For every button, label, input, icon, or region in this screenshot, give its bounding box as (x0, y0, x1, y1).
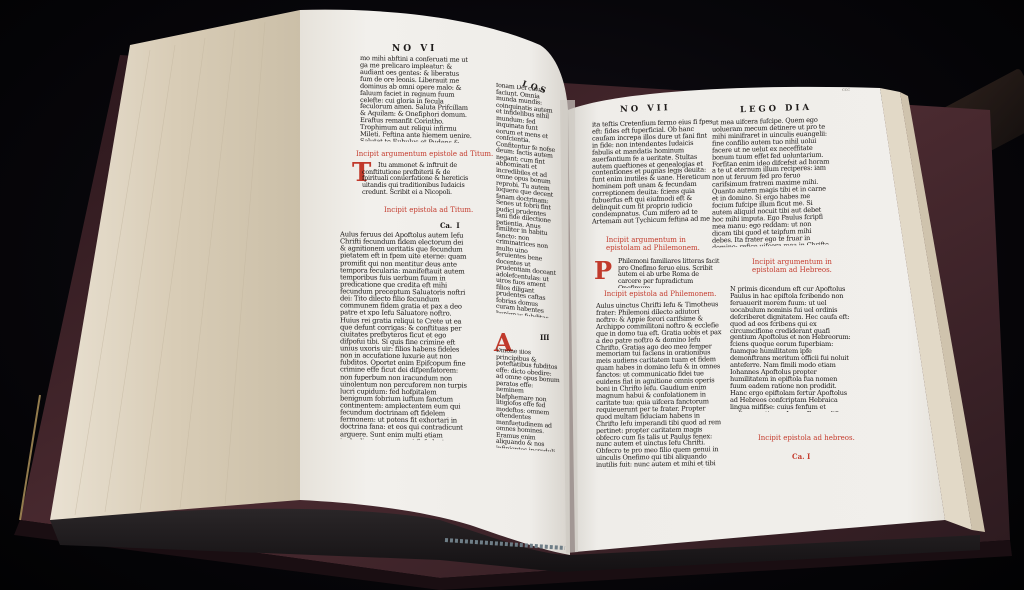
left-col1-top-text: mo mihi abftini a conferuati me ut ga me… (360, 55, 472, 143)
left-col2-body-text: Dmone illos principibus & poteftatibus f… (496, 348, 560, 452)
rubric-argument-titus: Incipit argumentum epistole ad Titum. (356, 150, 493, 158)
argument-text-titus: Itu ammonet & inftruit de conftitutione … (362, 162, 472, 196)
left-col2-top-text: fonam Dei cuius faciunt. Omnia munda mun… (496, 83, 558, 320)
chapter-marker: Ca. I (440, 222, 460, 229)
right-col1-top-text: ita teftis Cretenfium fermo eius fi fpes… (592, 118, 714, 225)
initial-letter-P: P (594, 256, 612, 285)
running-head-left: NO VI (392, 44, 437, 54)
rubric-epistle-hebrews: Incipit epistola ad hebreos. (758, 434, 855, 442)
left-col1-body-text: Aulus feruus dei Apoftolus autem Iefu Ch… (340, 231, 470, 440)
chapter-marker-hebrews: Ca. I (792, 452, 810, 461)
folio-number: ccc (842, 88, 850, 93)
running-head-right-page-left: NO VII (620, 103, 671, 115)
right-col1-body-text: Aulus uinctus Chrifti Iefu & Timotheus f… (596, 301, 722, 469)
right-col2-top-text: ut mea uifcera fufcipe. Quem ego uoluera… (712, 116, 832, 247)
rubric-argument-hebrews: Incipit argumentum in epistolam ad Hebre… (752, 258, 832, 274)
argument-text-philemon: Philemoni familiares litteras facit pro … (618, 258, 722, 288)
rubric-argument-philemon: Incipit argumentum in epistolam ad Phile… (606, 236, 706, 252)
rubric-epistle-philemon: Incipit epistola ad Philemonem. (604, 290, 716, 298)
rubric-epistle-titus: Incipit epistola ad Titum. (384, 206, 473, 214)
chapter-marker-III: III (540, 334, 549, 341)
argument-text-hebrews: N primis dicendum eft cur Apoftolus Paul… (730, 286, 852, 412)
